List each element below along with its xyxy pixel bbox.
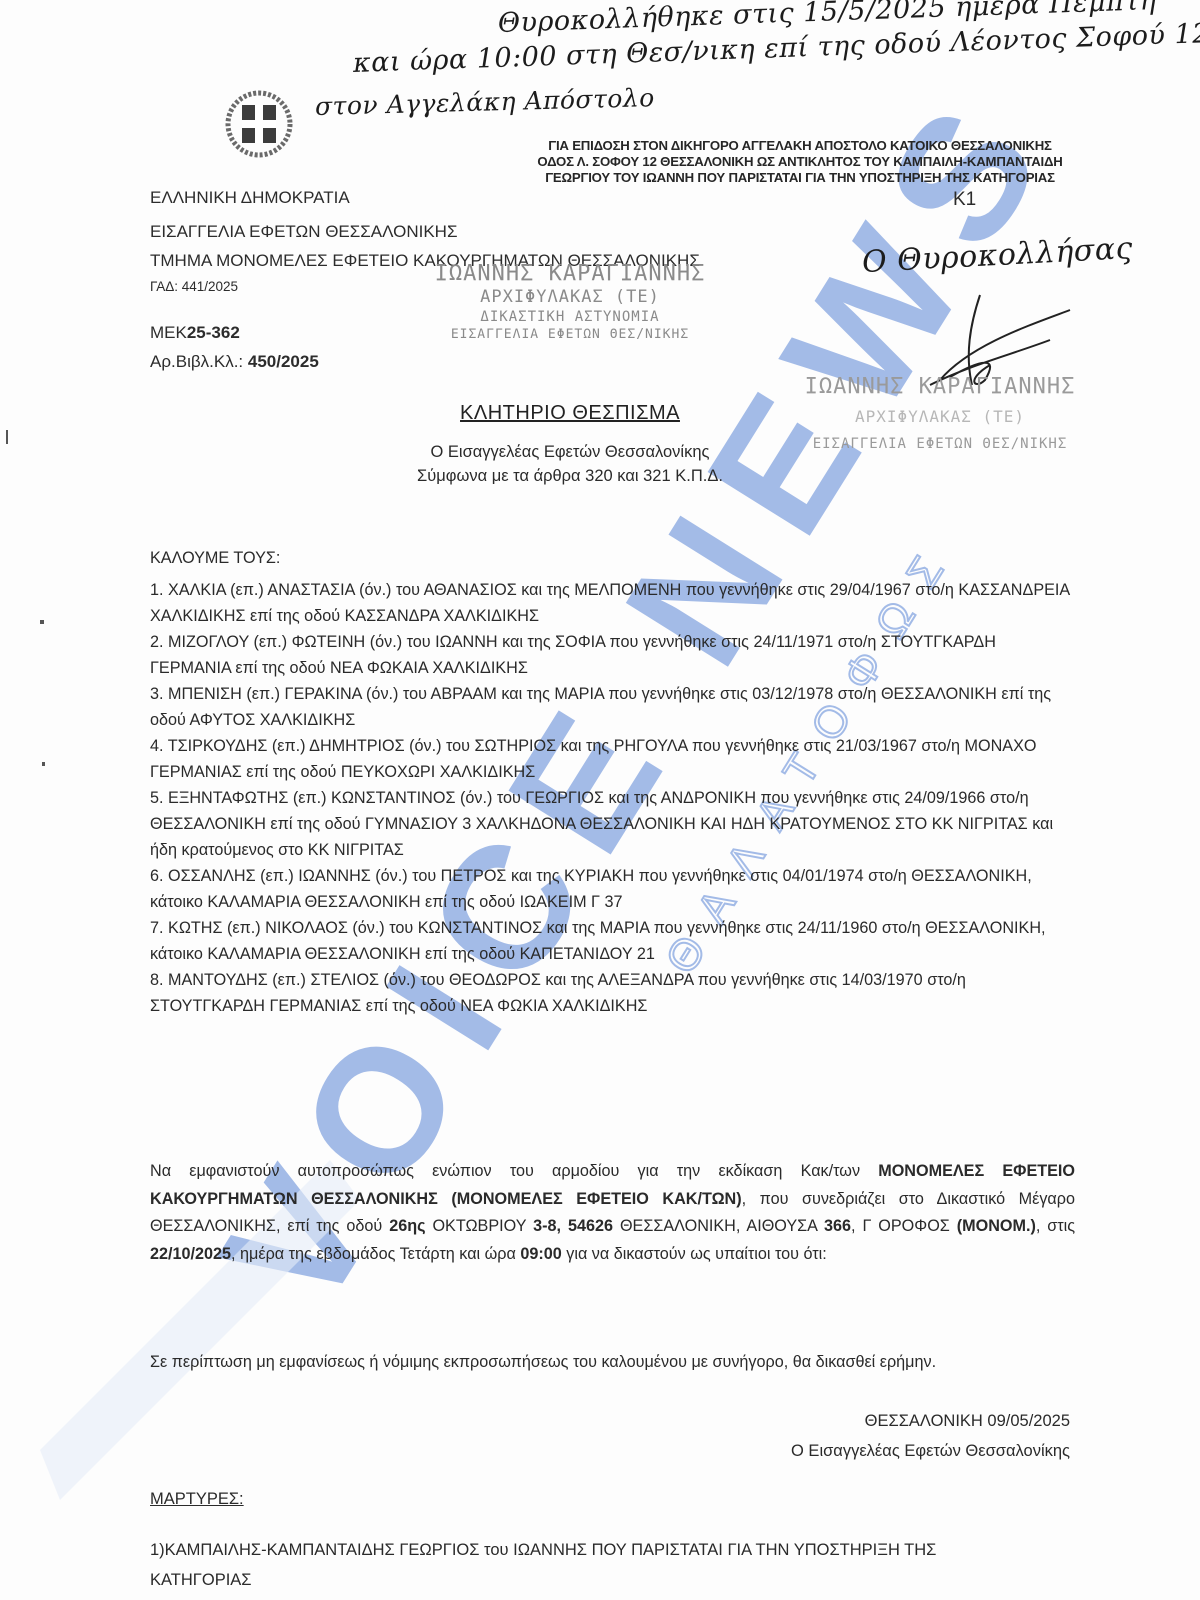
service-notice-line: ΓΙΑ ΕΠΙΔΟΣΗ ΣΤΟΝ ΔΙΚΗΓΟΡΟ ΑΓΓΕΛΑΚΗ ΑΠΟΣΤ… [455, 138, 1145, 154]
father-name: ΓΕΩΡΓΙΟΣ [525, 789, 604, 807]
summon-heading: ΚΑΛΟΥΜΕ ΤΟΥΣ: [150, 545, 1075, 571]
stamp-unit: ΔΙΚΑΣΤΙΚΗ ΑΣΤΥΝΟΜΙΑ [420, 308, 720, 326]
court-short-name: (ΜΟΝΟΜΕΛΕΣ ΕΦΕΤΕΙΟ ΚΑΚ/ΤΩΝ) [451, 1190, 741, 1208]
stamp-office: ΕΙΣΑΓΓΕΛΙΑ ΕΦΕΤΩΝ ΘΕΣ/ΝΙΚΗΣ [775, 435, 1105, 453]
father-name: ΙΩΑΝΝΗ [435, 633, 497, 651]
mother-name: ΜΑΡΙΑ [554, 685, 603, 703]
father-name: ΠΕΤΡΟΣ [441, 867, 507, 885]
defendant-first-name: ΣΤΕΛΙΟΣ [310, 971, 379, 989]
stamp-office: ΕΙΣΑΓΓΕΛΙΑ ΕΦΕΤΩΝ ΘΕΣ/ΝΙΚΗΣ [420, 326, 720, 344]
gad-value: 441/2025 [182, 279, 238, 294]
birth-date: 24/11/1960 [798, 919, 878, 937]
defendant-first-name: ΔΗΜΗΤΡΙΟΣ [309, 737, 404, 755]
mother-name: ΚΥΡΙΑΚΗ [564, 867, 634, 885]
legal-basis: Σύμφωνα με τα άρθρα 320 και 321 Κ.Π.Δ. [320, 464, 820, 488]
handwritten-signer-label: Ο Θυροκολλήσας [861, 231, 1133, 280]
book-value: 450/2025 [248, 352, 319, 371]
street-address: ΝΕΑ ΦΩΚΑΙΑ ΧΑΛΚΙΔΙΚΗΣ [330, 659, 528, 677]
defendant-first-name: ΝΙΚΟΛΑΟΣ [265, 919, 348, 937]
document-code: Κ1 [953, 189, 976, 211]
birth-place: ΘΕΣΣΑΛΟΝΙΚΗ [881, 685, 997, 703]
hearing-time: 09:00 [520, 1245, 561, 1263]
stamp-rank: ΑΡΧΙΦΥΛΑΚΑΣ (ΤΕ) [420, 286, 720, 308]
defendant-number: 1. [150, 581, 164, 599]
mek-prefix: ΜΕΚ [150, 323, 187, 342]
document-subtitle: Ο Εισαγγελέας Εφετών Θεσσαλονίκης Σύμφων… [320, 440, 820, 488]
birth-date: 03/12/1978 [752, 685, 833, 703]
birth-date: 24/09/1966 [904, 789, 985, 807]
defendant-surname: ΜΑΝΤΟΥΔΗΣ [168, 971, 268, 989]
defendant-first-name: ΑΝΑΣΤΑΣΙΑ [267, 581, 354, 599]
defendant-surname: ΟΣΣΑΝΛΗΣ [168, 867, 256, 885]
defendant-entry: 7. ΚΩΤΗΣ (επ.) ΝΙΚΟΛΑΟΣ (όν.) του ΚΩΝΣΤΑ… [150, 915, 1075, 967]
hearing-date: 22/10/2025 [150, 1245, 231, 1263]
signer-title: Ο Εισαγγελέας Εφετών Θεσσαλονίκης [700, 1436, 1070, 1466]
defendant-entry: 5. ΕΞΗΝΤΑΦΩΤΗΣ (επ.) ΚΩΝΣΤΑΝΤΙΝΟΣ (όν.) … [150, 785, 1075, 863]
defendant-number: 6. [150, 867, 164, 885]
defendant-surname: ΜΙΖΟΓΛΟΥ [168, 633, 249, 651]
hearing-text: Να εμφανιστούν αυτοπροσώπως ενώπιον του … [150, 1162, 860, 1180]
issuer: Ο Εισαγγελέας Εφετών Θεσσαλονίκης [320, 440, 820, 464]
gad-label: ΓΑΔ: [150, 279, 178, 294]
mother-name: ΑΛΕΞΑΝΔΡΑ [598, 971, 694, 989]
street-address: ΓΥΜΝΑΣΙΟΥ 3 ΧΑΛΚΗΔΟΝΑ ΘΕΣΣΑΛΟΝΙΚΗ ΚΑΙ ΗΔ… [365, 815, 1028, 833]
street-address: ΠΕΥΚΟΧΩΡΙ ΧΑΛΚΙΔΙΚΗΣ [341, 763, 535, 781]
greek-coat-of-arms-icon [225, 90, 293, 158]
defendant-number: 7. [150, 919, 164, 937]
birth-date: 21/03/1967 [836, 737, 917, 755]
birth-date: 14/03/1970 [842, 971, 923, 989]
defendant-entry: 2. ΜΙΖΟΓΛΟΥ (επ.) ΦΩΤΕΙΝΗ (όν.) του ΙΩΑΝ… [150, 629, 1075, 681]
mek-value: 25-362 [187, 323, 240, 342]
signature-block: ΘΕΣΣΑΛΟΝΙΚΗ 09/05/2025 Ο Εισαγγελέας Εφε… [700, 1406, 1070, 1466]
scan-margin-mark [6, 430, 8, 444]
book-label: Αρ.Βιβλ.Κλ.: [150, 352, 243, 371]
defendant-surname: ΤΣΙΡΚΟΥΔΗΣ [168, 737, 268, 755]
defendant-entry: 1. ΧΑΛΚΙΑ (επ.) ΑΝΑΣΤΑΣΙΑ (όν.) του ΑΘΑΝ… [150, 577, 1075, 629]
father-name: ΑΒΡΑΑΜ [431, 685, 497, 703]
birth-place: ΘΕΣΣΑΛΟΝΙΚΗ [911, 867, 1027, 885]
father-name: ΘΕΟΔΩΡΟΣ [449, 971, 541, 989]
hearing-text: για να δικαστούν ως υπαίτιοι του ότι: [566, 1245, 827, 1263]
hearing-notice: Να εμφανιστούν αυτοπροσώπως ενώπιον του … [150, 1158, 1075, 1268]
mother-name: ΡΗΓΟΥΛΑ [614, 737, 688, 755]
defendant-first-name: ΚΩΝΣΤΑΝΤΙΝΟΣ [331, 789, 455, 807]
birth-date: 24/11/1971 [753, 633, 833, 651]
mother-name: ΜΕΛΠΟΜΕΝΗ [574, 581, 681, 599]
floor-note: (ΜΟΝΟΜ.) [957, 1217, 1036, 1235]
street-number-prefix: 26ης [389, 1217, 425, 1235]
document-title: ΚΛΗΤΗΡΙΟ ΘΕΣΠΙΣΜΑ [400, 402, 740, 425]
defendant-list: 1. ΧΑΛΚΙΑ (επ.) ΑΝΑΣΤΑΣΙΑ (όν.) του ΑΘΑΝ… [150, 577, 1075, 1019]
floor: , Γ ΟΡΟΦΟΣ [851, 1217, 950, 1235]
street-name: ΟΚΤΩΒΡΙΟΥ [432, 1217, 526, 1235]
defendant-first-name: ΙΩΑΝΝΗΣ [298, 867, 370, 885]
officer-stamp-duplicate: ΙΩΑΝΝΗΣ ΚΑΡΑΓΙΑΝΝΗΣ ΑΡΧΙΦΥΛΑΚΑΣ (ΤΕ) ΕΙΣ… [775, 375, 1105, 453]
mother-name: ΣΟΦΙΑ [555, 633, 605, 651]
defendant-entry: 3. ΜΠΕΝΙΣΗ (επ.) ΓΕΡΑΚΙΝΑ (όν.) του ΑΒΡΑ… [150, 681, 1075, 733]
mother-name: ΑΝΔΡΟΝΙΚΗ [661, 789, 756, 807]
courtroom: 366 [824, 1217, 851, 1235]
scan-margin-mark [42, 762, 45, 766]
defendant-number: 5. [150, 789, 164, 807]
book-reference: Αρ.Βιβλ.Κλ.: 450/2025 [150, 352, 319, 372]
defendant-number: 4. [150, 737, 164, 755]
handwritten-posting-note-line3: στον Αγγελάκη Απόστολο [315, 83, 656, 121]
service-notice-line: ΓΕΩΡΓΙΟΥ ΤΟΥ ΙΩΑΝΝΗ ΠΟΥ ΠΑΡΙΣΤΑΤΑΙ ΓΙΑ Τ… [455, 170, 1145, 186]
authority-header: ΕΙΣΑΓΓΕΛΙΑ ΕΦΕΤΩΝ ΘΕΣΣΑΛΟΝΙΚΗΣ [150, 222, 457, 242]
gad-reference: ΓΑΔ: 441/2025 [150, 279, 238, 294]
witness-item: 1)ΚΑΜΠΑΙΛΗΣ-ΚΑΜΠΑΝΤΑΙΔΗΣ ΓΕΩΡΓΙΟΣ του ΙΩ… [150, 1535, 1010, 1595]
defendant-number: 8. [150, 971, 164, 989]
defendant-number: 2. [150, 633, 164, 651]
default-judgement-note: Σε περίπτωση μη εμφανίσεως ή νόμιμης εκπ… [150, 1348, 1075, 1376]
defendant-first-name: ΦΩΤΕΙΝΗ [292, 633, 366, 651]
stamp-name: ΙΩΑΝΝΗΣ ΚΑΡΑΓΙΑΝΝΗΣ [420, 262, 720, 286]
street-address: ΙΩΑΚΕΙΜ Γ 37 [520, 893, 623, 911]
street-number: 3-8, 54626 [533, 1217, 613, 1235]
city-room-label: ΘΕΣΣΑΛΟΝΙΚΗ, ΑΙΘΟΥΣΑ [620, 1217, 817, 1235]
weekday-label: , ημέρα της εβδομάδος Τετάρτη και ώρα [231, 1245, 516, 1263]
defendant-entry: 4. ΤΣΙΡΚΟΥΔΗΣ (επ.) ΔΗΜΗΤΡΙΟΣ (όν.) του … [150, 733, 1075, 785]
birth-date: 04/01/1974 [783, 867, 864, 885]
defendant-surname: ΚΩΤΗΣ [168, 919, 222, 937]
defendant-number: 3. [150, 685, 164, 703]
stamp-rank: ΑΡΧΙΦΥΛΑΚΑΣ (ΤΕ) [775, 399, 1105, 435]
stamp-name: ΙΩΑΝΝΗΣ ΚΑΡΑΓΙΑΝΝΗΣ [775, 375, 1105, 399]
street-address: ΝΕΑ ΦΩΚΙΑ ΧΑΛΚΙΔΙΚΗΣ [460, 997, 647, 1015]
father-name: ΚΩΝΣΤΑΝΤΙΝΟΣ [418, 919, 542, 937]
birth-place: ΘΕΣΣΑΛΟΝΙΚΗ [150, 815, 266, 833]
place-date: ΘΕΣΣΑΛΟΝΙΚΗ 09/05/2025 [700, 1406, 1070, 1436]
service-notice: ΓΙΑ ΕΠΙΔΟΣΗ ΣΤΟΝ ΔΙΚΗΓΟΡΟ ΑΓΓΕΛΑΚΗ ΑΠΟΣΤ… [455, 138, 1145, 186]
mother-name: ΜΑΡΙΑ [600, 919, 649, 937]
defendant-entry: 8. ΜΑΝΤΟΥΔΗΣ (επ.) ΣΤΕΛΙΟΣ (όν.) του ΘΕΟ… [150, 967, 1075, 1019]
service-notice-line: ΟΔΟΣ Λ. ΣΟΦΟΥ 12 ΘΕΣΣΑΛΟΝΙΚΗ ΩΣ ΑΝΤΙΚΛΗΤ… [455, 154, 1145, 170]
father-name: ΣΩΤΗΡΙΟΣ [475, 737, 557, 755]
street-address: ΑΦΥΤΟΣ ΧΑΛΚΙΔΙΚΗΣ [189, 711, 355, 729]
officer-stamp: ΙΩΑΝΝΗΣ ΚΑΡΑΓΙΑΝΝΗΣ ΑΡΧΙΦΥΛΑΚΑΣ (ΤΕ) ΔΙΚ… [420, 262, 720, 344]
defendant-entry: 6. ΟΣΣΑΝΛΗΣ (επ.) ΙΩΑΝΝΗΣ (όν.) του ΠΕΤΡ… [150, 863, 1075, 915]
birth-place: ΘΕΣΣΑΛΟΝΙΚΗ [925, 919, 1041, 937]
street-address: ΚΑΣΣΑΝΔΡΑ ΧΑΛΚΙΔΙΚΗΣ [345, 607, 539, 625]
defendant-surname: ΧΑΛΚΙΑ [168, 581, 226, 599]
street-address: ΚΑΠΕΤΑΝΙΔΟΥ 21 [520, 945, 655, 963]
defendant-surname: ΕΞΗΝΤΑΦΩΤΗΣ [168, 789, 288, 807]
birth-place: ΣΤΟΥΤΓΚΑΡΔΗ ΓΕΡΜΑΝΙΑΣ [150, 997, 361, 1015]
hearing-text: , στις [1036, 1217, 1075, 1235]
mek-reference: ΜΕΚ25-362 [150, 323, 240, 343]
father-name: ΑΘΑΝΑΣΙΟΣ [424, 581, 517, 599]
defendant-surname: ΜΠΕΝΙΣΗ [168, 685, 242, 703]
defendant-first-name: ΓΕΡΑΚΙΝΑ [285, 685, 362, 703]
scan-margin-mark [40, 620, 44, 624]
birth-date: 29/04/1967 [830, 581, 911, 599]
witnesses-heading: ΜΑΡΤΥΡΕΣ: [150, 1490, 244, 1509]
republic-header: ΕΛΛΗΝΙΚΗ ΔΗΜΟΚΡΑΤΙΑ [150, 188, 350, 208]
